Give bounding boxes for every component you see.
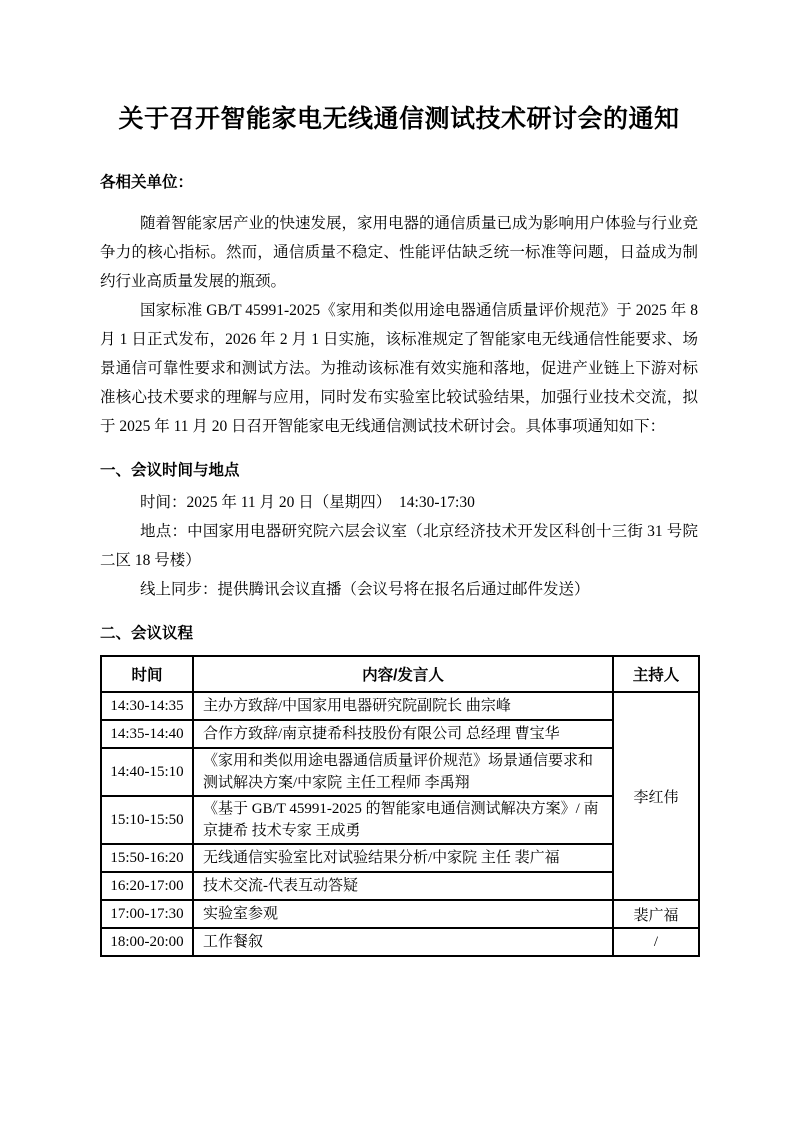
table-row: 14:30-14:35 主办方致辞/中国家用电器研究院副院长 曲宗峰 李红伟 bbox=[101, 692, 699, 720]
agenda-host-dinner: / bbox=[613, 928, 699, 956]
meeting-location-line: 地点：中国家用电器研究院六层会议室（北京经济技术开发区科创十三街 31 号院二区… bbox=[100, 517, 698, 575]
column-header-content: 内容/发言人 bbox=[193, 656, 613, 692]
document-page: 关于召开智能家电无线通信测试技术研讨会的通知 各相关单位： 随着智能家居产业的快… bbox=[0, 0, 794, 1123]
agenda-time: 18:00-20:00 bbox=[101, 928, 193, 956]
table-row: 14:40-15:10 《家用和类似用途电器通信质量评价规范》场景通信要求和测试… bbox=[101, 748, 699, 796]
agenda-content: 工作餐叙 bbox=[193, 928, 613, 956]
agenda-time: 15:50-16:20 bbox=[101, 844, 193, 872]
agenda-content: 技术交流-代表互动答疑 bbox=[193, 872, 613, 900]
paragraph-standard: 国家标准 GB/T 45991-2025《家用和类似用途电器通信质量评价规范》于… bbox=[100, 296, 698, 441]
document-content: 关于召开智能家电无线通信测试技术研讨会的通知 各相关单位： 随着智能家居产业的快… bbox=[100, 102, 698, 957]
agenda-content: 主办方致辞/中国家用电器研究院副院长 曲宗峰 bbox=[193, 692, 613, 720]
agenda-time: 14:40-15:10 bbox=[101, 748, 193, 796]
meeting-time-line: 时间：2025 年 11 月 20 日（星期四） 14:30-17:30 bbox=[100, 488, 698, 517]
column-header-host: 主持人 bbox=[613, 656, 699, 692]
agenda-time: 14:30-14:35 bbox=[101, 692, 193, 720]
agenda-time: 14:35-14:40 bbox=[101, 720, 193, 748]
agenda-content: 合作方致辞/南京捷希科技股份有限公司 总经理 曹宝华 bbox=[193, 720, 613, 748]
paragraph-background: 随着智能家居产业的快速发展，家用电器的通信质量已成为影响用户体验与行业竞争力的核… bbox=[100, 209, 698, 296]
agenda-time: 16:20-17:00 bbox=[101, 872, 193, 900]
table-row: 18:00-20:00 工作餐叙 / bbox=[101, 928, 699, 956]
table-row: 15:50-16:20 无线通信实验室比对试验结果分析/中家院 主任 裴广福 bbox=[101, 844, 699, 872]
agenda-host-main: 李红伟 bbox=[613, 692, 699, 900]
agenda-content: 《家用和类似用途电器通信质量评价规范》场景通信要求和测试解决方案/中家院 主任工… bbox=[193, 748, 613, 796]
table-row: 14:35-14:40 合作方致辞/南京捷希科技股份有限公司 总经理 曹宝华 bbox=[101, 720, 699, 748]
section1-heading: 一、会议时间与地点 bbox=[100, 456, 698, 485]
agenda-host-tour: 裴广福 bbox=[613, 900, 699, 928]
page-title: 关于召开智能家电无线通信测试技术研讨会的通知 bbox=[100, 102, 698, 136]
online-sync-line: 线上同步：提供腾讯会议直播（会议号将在报名后通过邮件发送） bbox=[100, 575, 698, 604]
column-header-time: 时间 bbox=[101, 656, 193, 692]
agenda-content: 《基于 GB/T 45991-2025 的智能家电通信测试解决方案》/ 南京捷希… bbox=[193, 796, 613, 844]
table-row: 15:10-15:50 《基于 GB/T 45991-2025 的智能家电通信测… bbox=[101, 796, 699, 844]
agenda-content: 无线通信实验室比对试验结果分析/中家院 主任 裴广福 bbox=[193, 844, 613, 872]
table-row: 17:00-17:30 实验室参观 裴广福 bbox=[101, 900, 699, 928]
agenda-content: 实验室参观 bbox=[193, 900, 613, 928]
agenda-time: 15:10-15:50 bbox=[101, 796, 193, 844]
agenda-time: 17:00-17:30 bbox=[101, 900, 193, 928]
agenda-table: 时间 内容/发言人 主持人 14:30-14:35 主办方致辞/中国家用电器研究… bbox=[100, 655, 700, 957]
table-row: 16:20-17:00 技术交流-代表互动答疑 bbox=[101, 872, 699, 900]
section2-heading: 二、会议议程 bbox=[100, 619, 698, 648]
agenda-header-row: 时间 内容/发言人 主持人 bbox=[101, 656, 699, 692]
salutation: 各相关单位： bbox=[100, 168, 698, 197]
